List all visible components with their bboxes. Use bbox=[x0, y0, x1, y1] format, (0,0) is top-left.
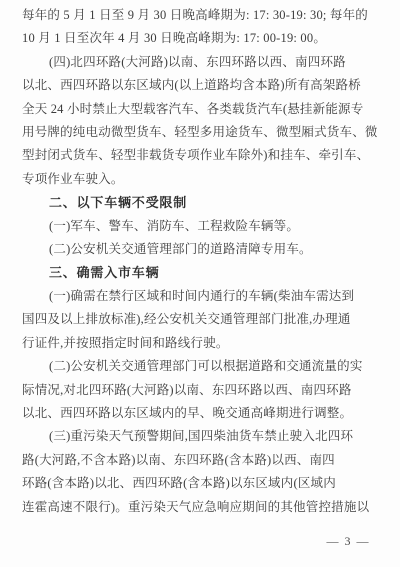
page-number: — 3 — bbox=[327, 534, 371, 549]
text-line: (四)北四环路(大河路)以南、东四环路以西、南四环路 bbox=[22, 51, 379, 74]
text-line: 用号牌的纯电动微型货车、轻型多用途货车、微型厢式货车、微 bbox=[22, 121, 379, 144]
text-line: 连霍高速不限行)。重污染天气应急响应期间的其他管控措施以 bbox=[22, 496, 379, 519]
text-line: (二)公安机关交通管理部门可以根据道路和交通流量的实 bbox=[22, 355, 379, 378]
text-line: (三)重污染天气预警期间,国四柴油货车禁止驶入北四环 bbox=[22, 425, 379, 448]
text-line: 环路(含本路)以北、西四环路(含本路)以东区域内(区域内 bbox=[22, 472, 379, 495]
text-line: 以北、西四环路以东区域内的早、晚交通高峰期进行调整。 bbox=[22, 402, 379, 425]
text-line: 全天 24 小时禁止大型载客汽车、各类载货汽车(悬挂新能源专 bbox=[22, 98, 379, 121]
text-line: 行证件,并按照指定时间和路线行驶。 bbox=[22, 332, 379, 355]
text-line: 专项作业车驶入。 bbox=[22, 168, 379, 191]
text-line: (二)公安机关交通管理部门的道路清障专用车。 bbox=[22, 238, 379, 261]
section-heading: 二、以下车辆不受限制 bbox=[22, 191, 379, 214]
text-line: 以北、西四环路以东区域内(以上道路均含本路)所有高架路桥 bbox=[22, 74, 379, 97]
text-line: 际情况,对北四环路(大河路)以南、东四环路以西、南四环路 bbox=[22, 379, 379, 402]
text-line: (一)确需在禁行区域和时间内通行的车辆(柴油车需达到 bbox=[22, 285, 379, 308]
text-line: 型封闭式货车、轻型非载货专项作业车除外)和挂车、牵引车、 bbox=[22, 144, 379, 167]
text-line: 每年的 5 月 1 日至 9 月 30 日晚高峰期为: 17: 30-19: 3… bbox=[22, 4, 379, 27]
text-line: 国四及以上排放标准),经公安机关交通管理部门批准,办理通 bbox=[22, 308, 379, 331]
text-line: (一)军车、警车、消防车、工程救险车辆等。 bbox=[22, 215, 379, 238]
document-page: 每年的 5 月 1 日至 9 月 30 日晚高峰期为: 17: 30-19: 3… bbox=[0, 0, 400, 567]
text-line: 10 月 1 日至次年 4 月 30 日晚高峰期为: 17: 00-19: 00… bbox=[22, 27, 379, 50]
text-line: 路(大河路,不含本路)以南、东四环路(含本路)以西、南四 bbox=[22, 449, 379, 472]
section-heading: 三、确需入市车辆 bbox=[22, 261, 379, 284]
